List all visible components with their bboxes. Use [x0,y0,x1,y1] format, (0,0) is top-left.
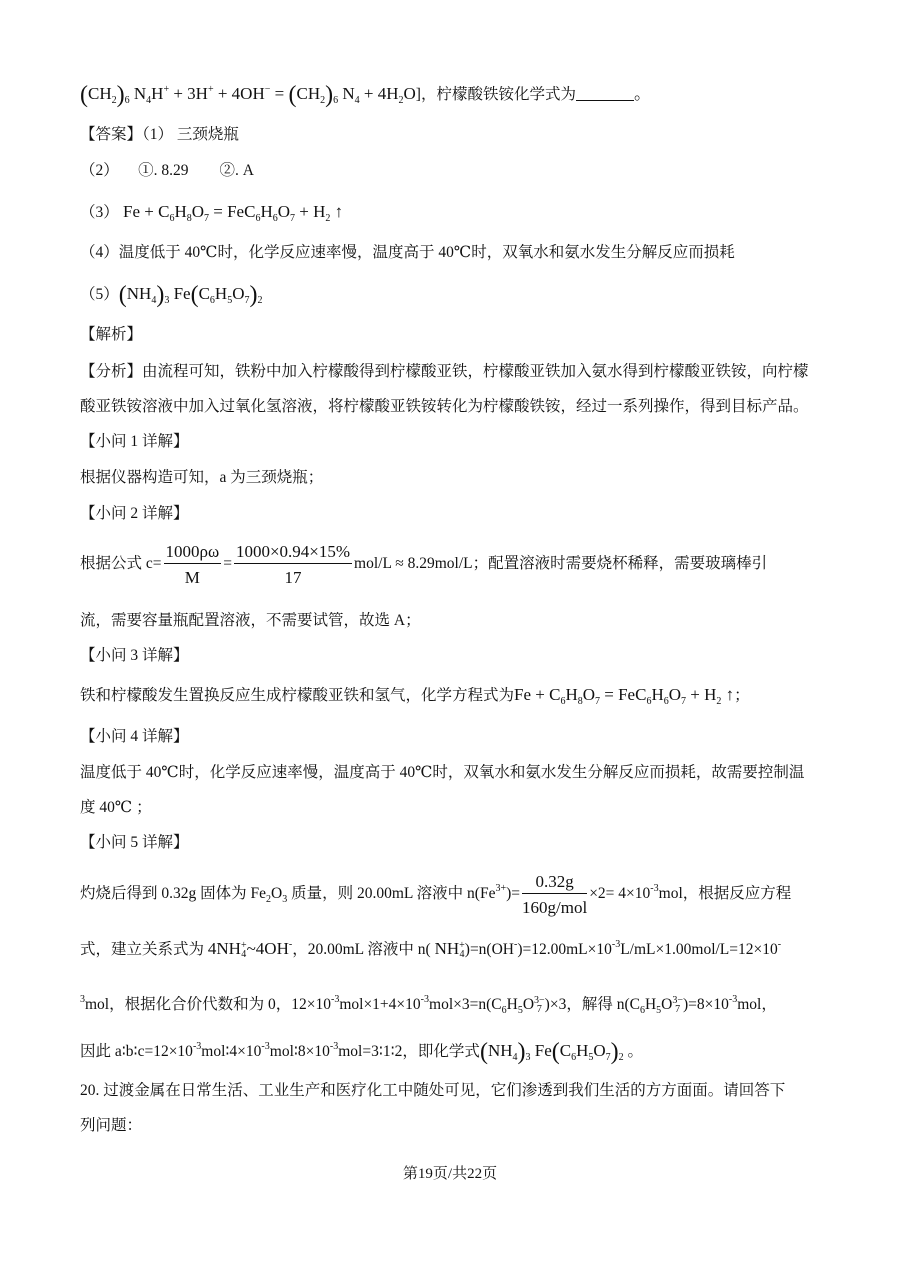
answer-5: （5）(NH4)3 Fe(C6H5O7)2 [80,283,262,307]
section-5-line3: 3mol，根据化合价代数和为 0，12×10-3mol×1+4×10-3mol×… [80,995,777,1016]
section-1-heading: 【小问 1 详解】 [80,434,189,450]
answer-blank [576,86,634,101]
section-2-line2: 流，需要容量瓶配置溶液，不需要试管，故选 A； [80,613,421,629]
analysis-intro-line1: 【分析】由流程可知，铁粉中加入柠檬酸得到柠檬酸亚铁，柠檬酸亚铁加入氨水得到柠檬酸… [80,364,809,380]
page-number: 第19页/共22页 [0,1162,900,1183]
section-2-heading: 【小问 2 详解】 [80,506,189,522]
answer-3: （3） Fe + C6H8O7 = FeC6H6O7 + H2 ↑ [80,203,343,224]
fraction: 1000ρωM [164,543,222,586]
section-1-text: 根据仪器构造可知，a 为三颈烧瓶； [80,470,323,486]
section-4-heading: 【小问 4 详解】 [80,729,189,745]
answer-4: （4）温度低于 40℃时，化学反应速率慢，温度高于 40℃时，双氧水和氨水发生分… [80,245,735,261]
section-5-line1: 灼烧后得到 0.32g 固体为 Fe2O3 质量，则 20.00mL 溶液中 n… [80,873,791,916]
answer-label: 【答案】 [80,126,142,143]
question-tail-text: ]，柠檬酸铁铵化学式为 [416,86,576,103]
fraction: 1000×0.94×15%17 [234,543,352,586]
question-tail-line: (CH2)6 N4H+ + 3H+ + 4OH− = (CH2)6 N4 + 4… [80,83,651,107]
section-3-heading: 【小问 3 详解】 [80,648,189,664]
section-5-heading: 【小问 5 详解】 [80,835,189,851]
analysis-intro-line2: 酸亚铁铵溶液中加入过氧化氢溶液，将柠檬酸亚铁铵转化为柠檬酸铁铵，经过一系列操作，… [80,399,809,415]
analysis-label: 【解析】 [80,327,142,343]
section-5-line4: 因此 a∶b∶c=12×10-3mol∶4×10-3mol∶8×10-3mol=… [80,1040,643,1064]
next-question-line1: 20. 过渡金属在日常生活、工业生产和医疗化工中随处可见，它们渗透到我们生活的方… [80,1083,785,1099]
answer-2: （2） ①. 8.29 ②. A [80,163,254,179]
section-4-line1: 温度低于 40℃时，化学反应速率慢，温度高于 40℃时，双氧水和氨水发生分解反应… [80,765,804,781]
section-5-line2: 式，建立关系式为 4NH+4~4OH-，20.00mL 溶液中 n( NH+4)… [80,940,781,959]
section-4-line2: 度 40℃ ； [80,800,152,816]
next-question-line2: 列问题： [80,1118,142,1134]
fraction: 0.32g160g/mol [522,873,587,916]
answer-header: 【答案】（1） 三颈烧瓶 [80,127,239,143]
answer-1: 三颈烧瓶 [177,126,239,143]
section-3-text: 铁和柠檬酸发生置换反应生成柠檬酸亚铁和氢气，化学方程式为Fe + C6H8O7 … [80,686,750,707]
section-2-formula-line: 根据公式 c=1000ρωM=1000×0.94×15%17mol/L ≈ 8.… [80,543,767,586]
